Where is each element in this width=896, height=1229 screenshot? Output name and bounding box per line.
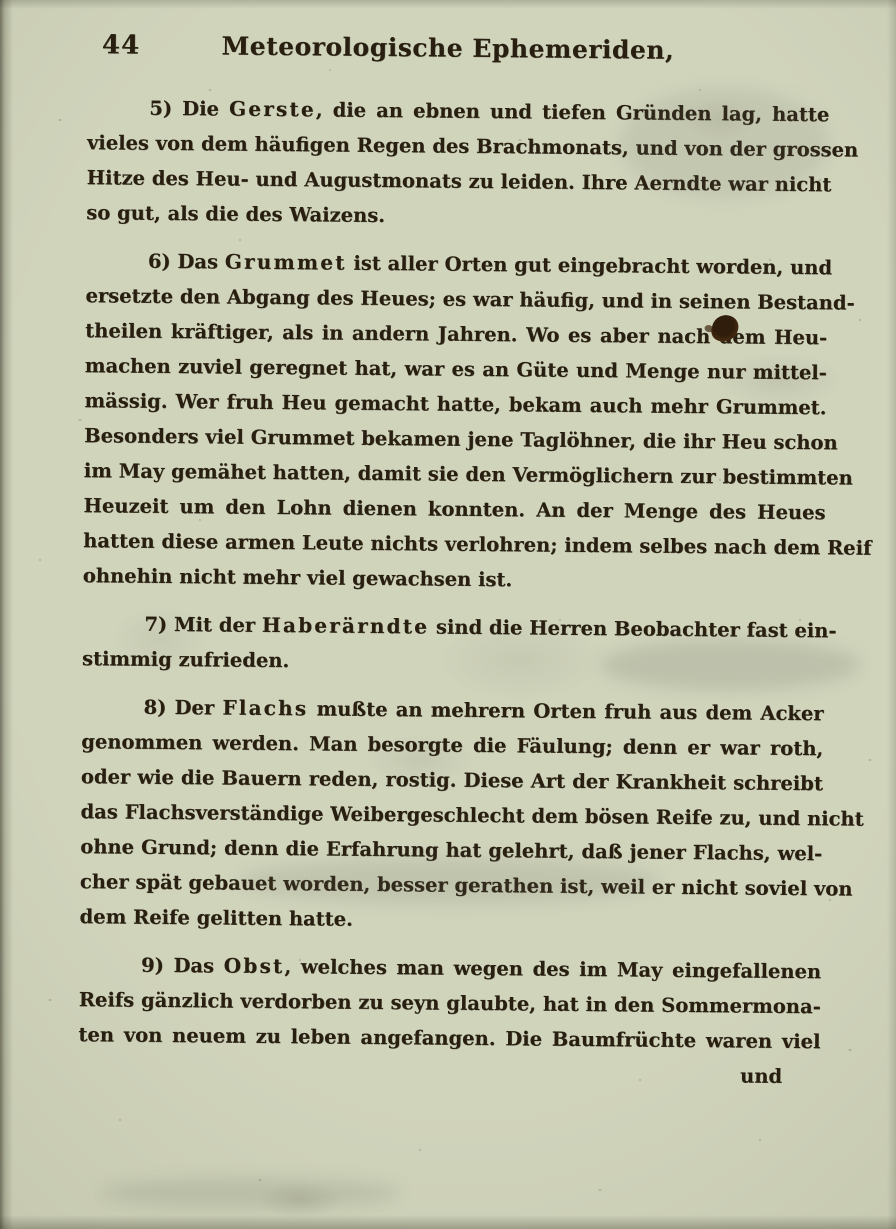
paragraph-number: 9) Das xyxy=(141,954,224,978)
paragraph-number: 5) Die xyxy=(149,97,229,121)
line-text: sind die Herren Beobachter fast ein- xyxy=(429,615,837,642)
page-header: 44 Meteorologische Ephemeriden, xyxy=(0,29,896,76)
text-line: dem Reife gelitten hatte. xyxy=(79,899,821,941)
text-line: ten von neuem zu leben angefangen. Die B… xyxy=(78,1017,820,1059)
paragraph-5: 5) Die Gerste, die an ebnen und tiefen G… xyxy=(86,90,829,237)
crop-term-obst: Obst xyxy=(224,954,285,979)
paper-smudge xyxy=(100,1178,400,1208)
paragraph-9: 9) Das Obst, welches man wegen des im Ma… xyxy=(78,947,821,1059)
paragraph-8: 8) Der Flachs mußte an mehrern Orten fru… xyxy=(79,689,823,941)
crop-term-grummet: Grummet xyxy=(225,249,347,274)
paragraph-6: 6) Das Grummet ist aller Orten gut einge… xyxy=(83,243,828,600)
line-text: , welches man wegen des im May eingefall… xyxy=(284,955,821,983)
line-text: ist aller Orten gut eingebracht worden, … xyxy=(347,252,833,280)
paragraph-number: 7) Mit der xyxy=(144,613,262,637)
text-line: stimmig zufrieden. xyxy=(82,641,824,683)
paragraph-7: 7) Mit der Haberärndte sind die Herren B… xyxy=(82,606,825,683)
running-title: Meteorologische Ephemeriden, xyxy=(0,29,896,67)
paragraph-number: 8) Der xyxy=(143,696,222,720)
body-text: 5) Die Gerste, die an ebnen und tiefen G… xyxy=(78,90,830,1094)
paragraph-number: 6) Das xyxy=(148,250,225,274)
text-line: so gut, als die des Waizens. xyxy=(86,195,828,237)
crop-term-gerste: Gerste xyxy=(229,97,316,122)
text-line: ohnehin nicht mehr viel gewachsen ist. xyxy=(83,558,825,600)
crop-term-haberaerndte: Haberärndte xyxy=(262,613,430,639)
crop-term-flachs: Flachs xyxy=(222,695,308,720)
line-text: , die an ebnen und tiefen Gründen lag, h… xyxy=(316,98,830,126)
catchword: und xyxy=(78,1052,820,1094)
book-page: 44 Meteorologische Ephemeriden, 5) Die G… xyxy=(0,0,896,1229)
scanned-content: 44 Meteorologische Ephemeriden, 5) Die G… xyxy=(0,0,896,1095)
line-text: mußte an mehrern Orten fruh aus dem Acke… xyxy=(308,697,823,725)
